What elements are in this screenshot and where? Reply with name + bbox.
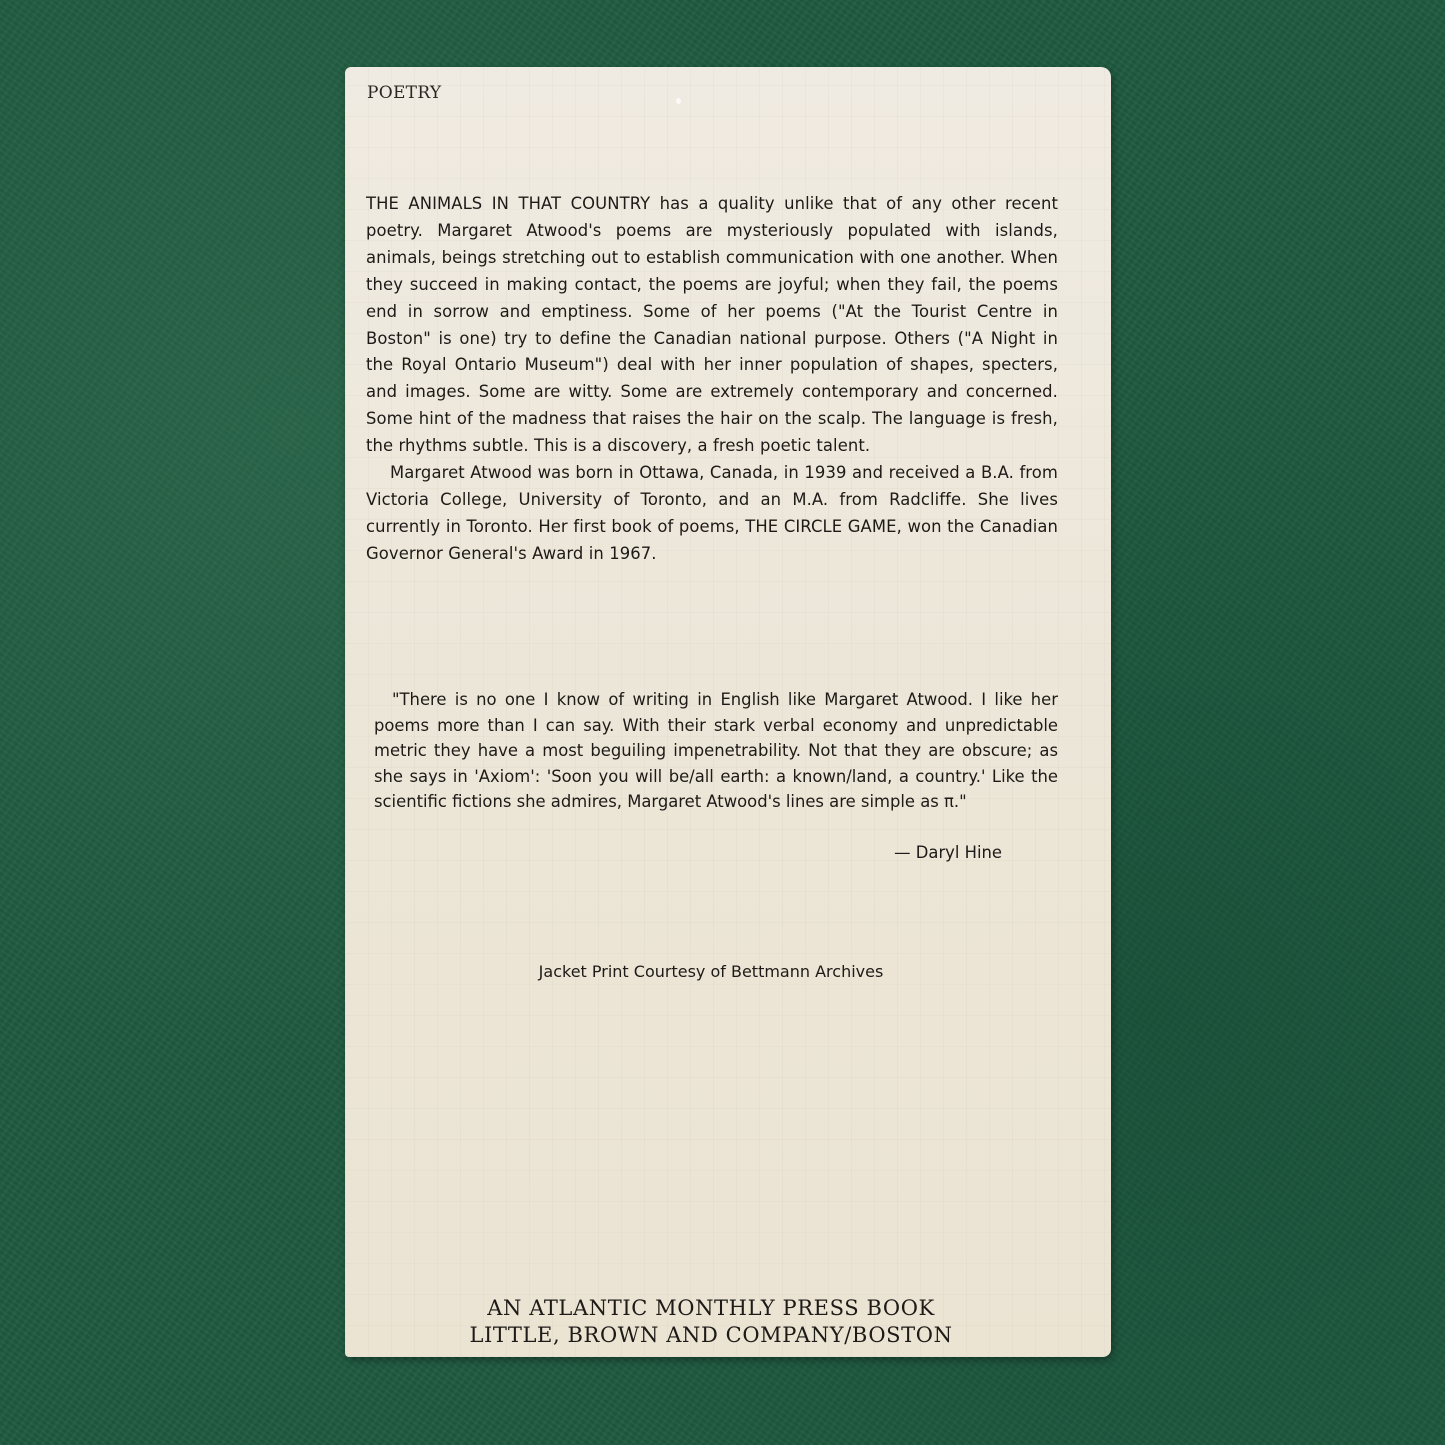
jacket-print-credit: Jacket Print Courtesy of Bettmann Archiv… [345,962,1077,981]
review-quote-text: "There is no one I know of writing in En… [374,687,1058,815]
paper-speck [676,98,681,104]
review-attribution: — Daryl Hine [374,843,1002,862]
blurb-paragraph-author-bio: Margaret Atwood was born in Ottawa, Cana… [366,460,1058,568]
publisher-line-company: LITTLE, BROWN AND COMPANY/BOSTON [345,1322,1077,1349]
blurb: THE ANIMALS IN THAT COUNTRY has a qualit… [366,191,1058,568]
review-quote: "There is no one I know of writing in En… [374,687,1058,815]
publisher-imprint: AN ATLANTIC MONTHLY PRESS BOOK LITTLE, B… [345,1295,1077,1349]
blurb-paragraph-description: THE ANIMALS IN THAT COUNTRY has a qualit… [366,191,1058,460]
book-back-cover: POETRY THE ANIMALS IN THAT COUNTRY has a… [345,67,1111,1357]
genre-label: POETRY [367,83,441,103]
publisher-line-imprint: AN ATLANTIC MONTHLY PRESS BOOK [345,1295,1077,1322]
